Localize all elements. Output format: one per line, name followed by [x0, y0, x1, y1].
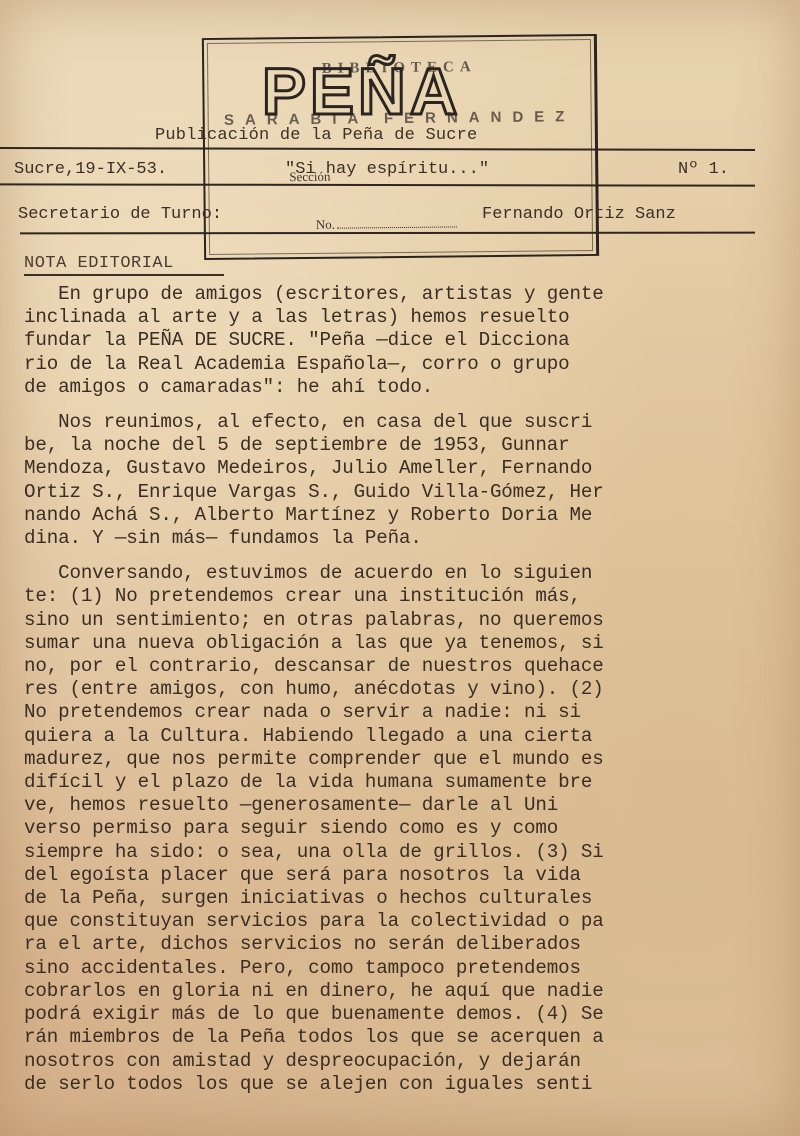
stamp-number-blank [337, 226, 457, 228]
text-line: ra el arte, dichos servicios no serán de… [24, 933, 784, 956]
text-line: inclinada al arte y a las letras) hemos … [24, 306, 784, 329]
text-line: nosotros con amistad y despreocupación, … [24, 1050, 784, 1073]
text-line: sino un sentimiento; en otras palabras, … [24, 609, 784, 632]
text-line: sino accidentales. Pero, como tampoco pr… [24, 957, 784, 980]
text-line: no, por el contrario, descansar de nuest… [24, 655, 784, 678]
publication-subtitle: Publicación de la Peña de Sucre [155, 126, 477, 145]
text-line: Conversando, estuvimos de acuerdo en lo … [24, 562, 784, 585]
text-line: sumar una nueva obligación a las que ya … [24, 632, 784, 655]
text-line: de amigos o camaradas": he ahí todo. [24, 376, 784, 399]
publication-title: PEÑA [262, 58, 461, 124]
text-line: verso permiso para seguir siendo como es… [24, 817, 784, 840]
text-line: fundar la PEÑA DE SUCRE. "Peña —dice el … [24, 329, 784, 352]
issue-number: Nº 1. [678, 160, 729, 179]
paragraph: Nos reunimos, al efecto, en casa del que… [24, 411, 784, 550]
text-line: Mendoza, Gustavo Medeiros, Julio Ameller… [24, 457, 784, 480]
text-line: rán miembros de la Peña todos los que se… [24, 1026, 784, 1049]
text-line: Ortiz S., Enrique Vargas S., Guido Villa… [24, 481, 784, 504]
text-line: be, la noche del 5 de septiembre de 1953… [24, 434, 784, 457]
text-line: cobrarlos en gloria ni en dinero, he aqu… [24, 980, 784, 1003]
text-line: En grupo de amigos (escritores, artistas… [24, 283, 784, 306]
stamp-number-field: No. [316, 215, 457, 232]
motto: "Si hay espíritu..." [285, 160, 489, 179]
editorial-body: En grupo de amigos (escritores, artistas… [24, 283, 784, 1096]
text-line: nando Achá S., Alberto Martínez y Robert… [24, 504, 784, 527]
text-line: No pretendemos crear nada o servir a nad… [24, 701, 784, 724]
text-line: dina. Y —sin más— fundamos la Peña. [24, 527, 784, 550]
text-line: de la Peña, surgen iniciativas o hechos … [24, 887, 784, 910]
heading-underline [24, 274, 224, 276]
paragraph: Conversando, estuvimos de acuerdo en lo … [24, 562, 784, 1096]
text-line: que constituyan servicios para la colect… [24, 910, 784, 933]
text-line: te: (1) No pretendemos crear una institu… [24, 585, 784, 608]
text-line: ve, hemos resuelto —generosamente— darle… [24, 794, 784, 817]
text-line: rio de la Real Academia Española—, corro… [24, 353, 784, 376]
paragraph: En grupo de amigos (escritores, artistas… [24, 283, 784, 399]
editorial-heading: NOTA EDITORIAL [24, 254, 174, 273]
text-line: res (entre amigos, con humo, anécdotas y… [24, 678, 784, 701]
text-line: difícil y el plazo de la vida humana sum… [24, 771, 784, 794]
place-date: Sucre,19-IX-53. [14, 160, 167, 179]
text-line: quiera a la Cultura. Habiendo llegado a … [24, 725, 784, 748]
text-line: de serlo todos los que se alejen con igu… [24, 1073, 784, 1096]
text-line: podrá exigir más de lo que buenamente de… [24, 1003, 784, 1026]
secretary-label: Secretario de Turno: [18, 205, 222, 224]
text-line: siempre ha sido: o sea, una olla de gril… [24, 841, 784, 864]
text-line: madurez, que nos permite comprender que … [24, 748, 784, 771]
text-line: Nos reunimos, al efecto, en casa del que… [24, 411, 784, 434]
stamp-number-label: No. [316, 217, 335, 232]
text-line: del egoísta placer que será para nosotro… [24, 864, 784, 887]
secretary-name: Fernando Ortiz Sanz [482, 205, 676, 224]
